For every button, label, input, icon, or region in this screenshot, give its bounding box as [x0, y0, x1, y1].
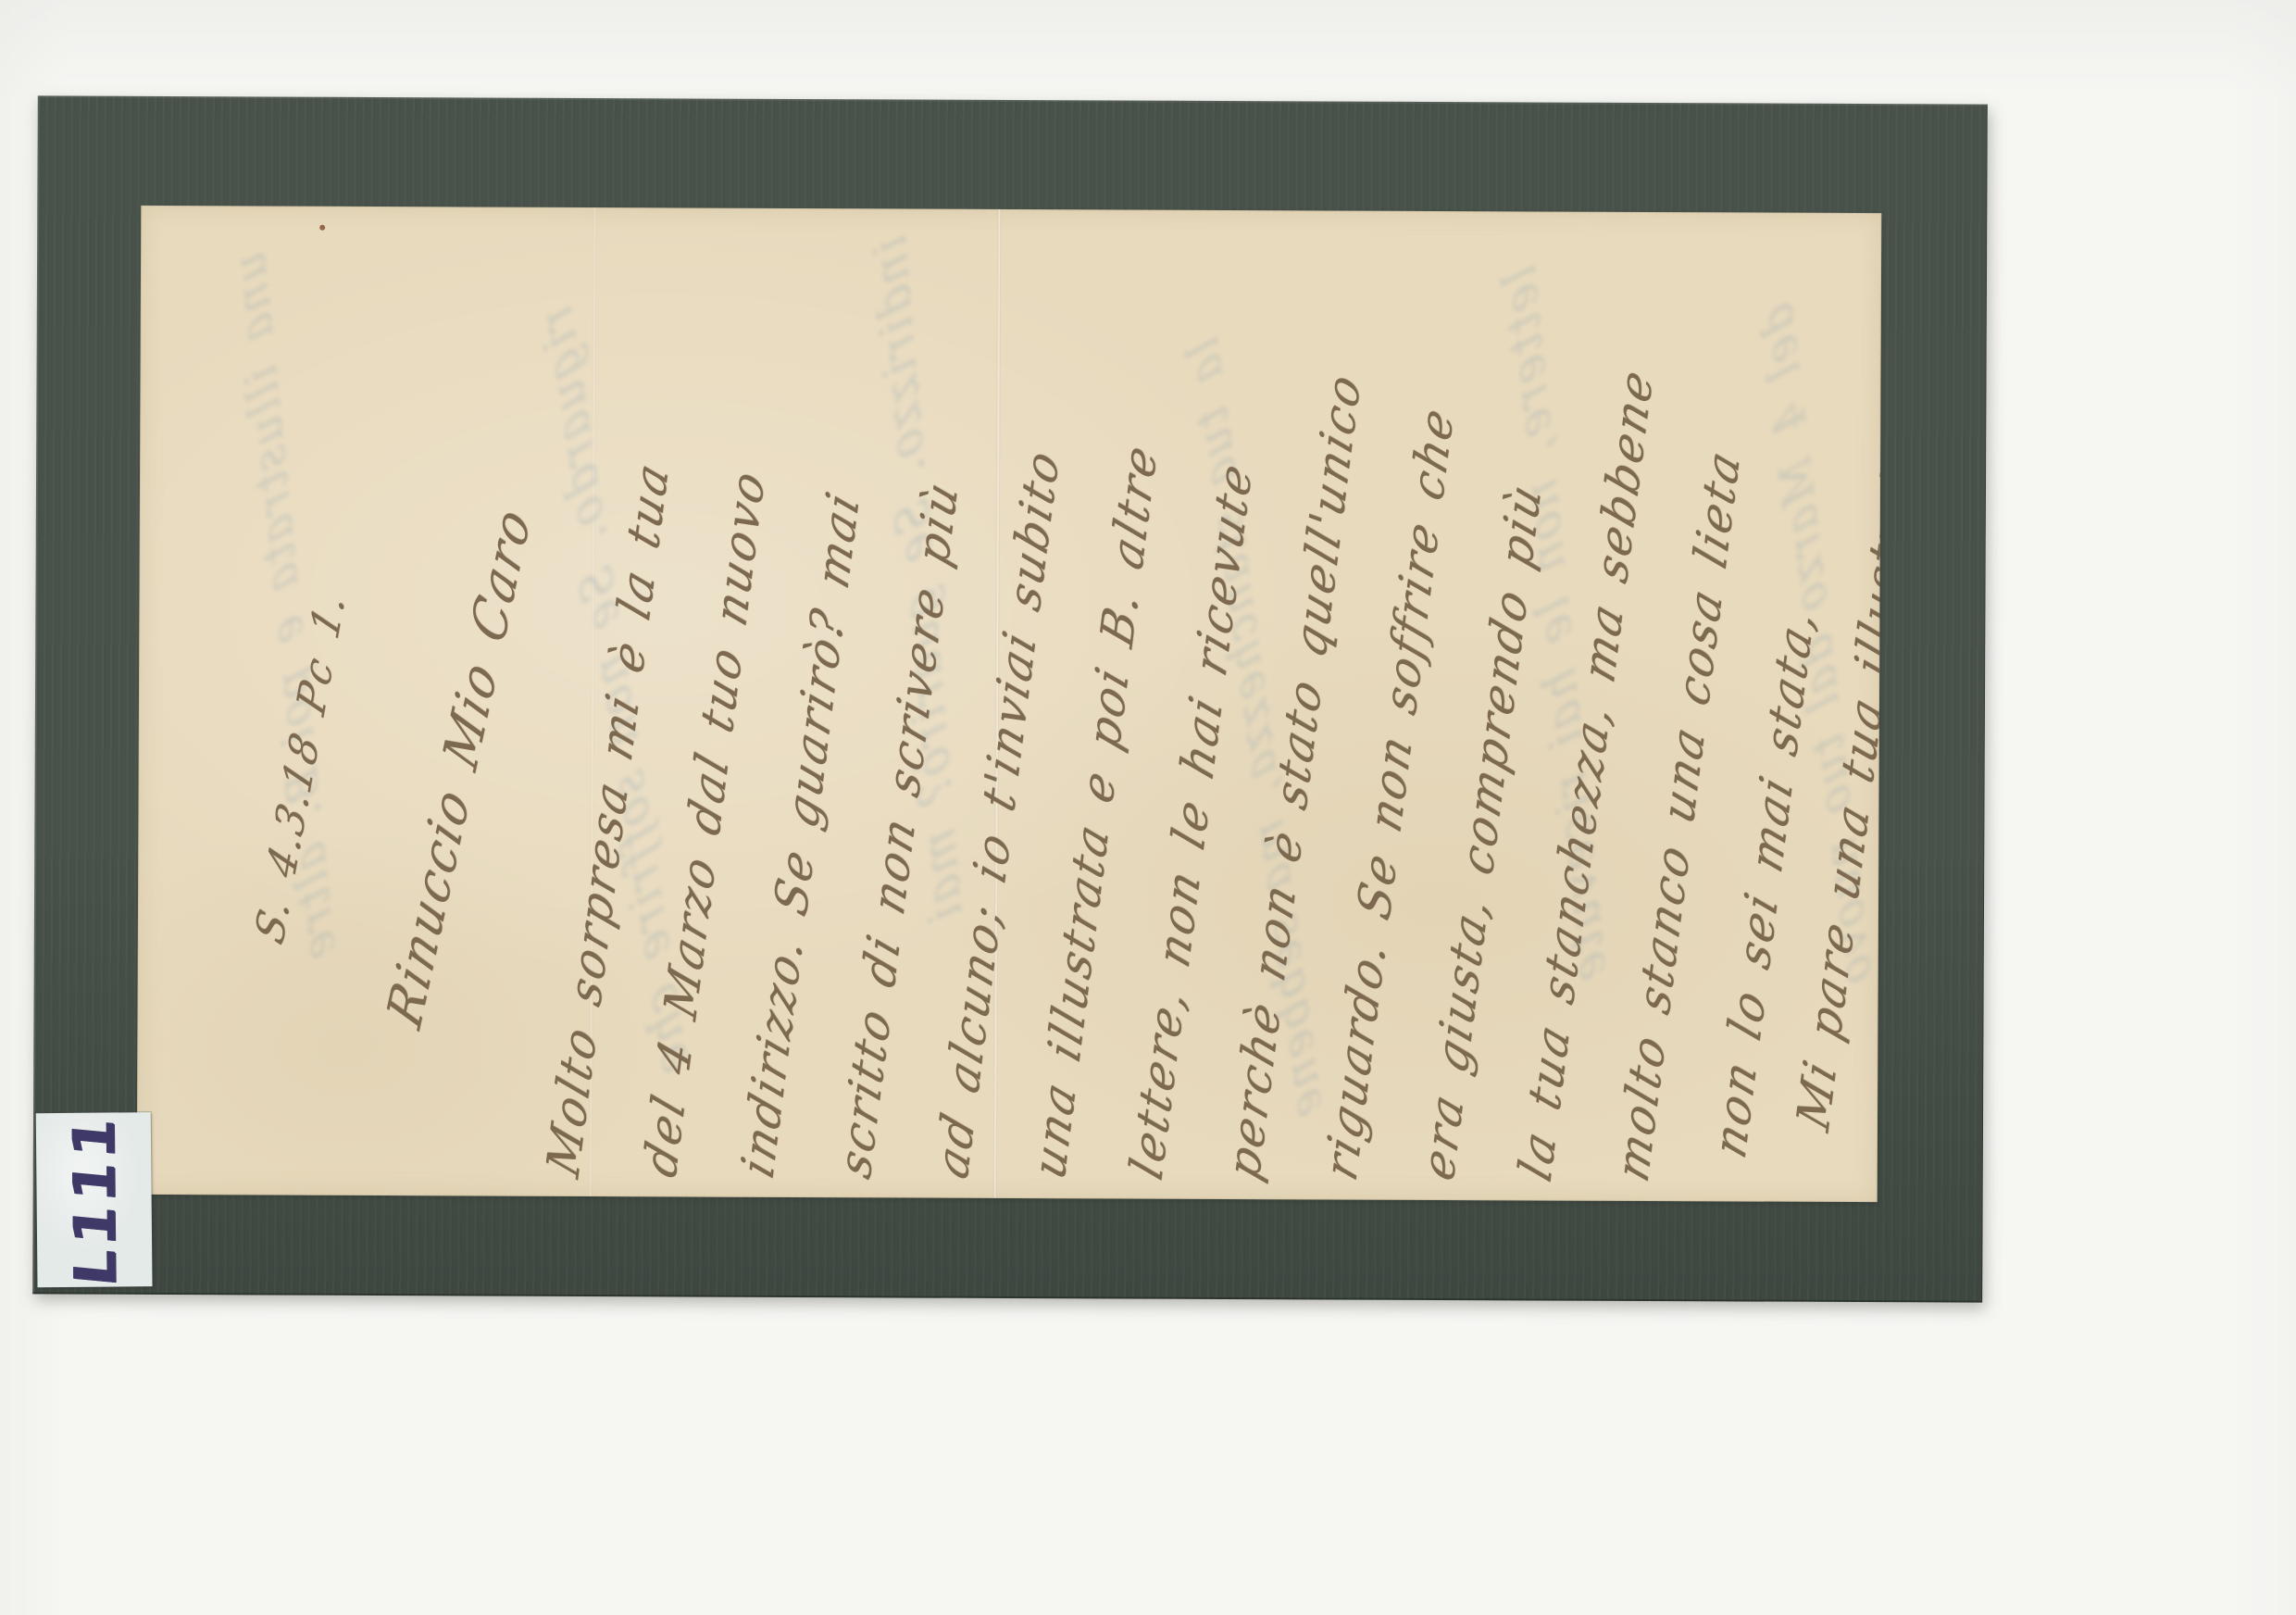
mat-board: una illustrata e poi B. altre riguardo. … [32, 95, 1988, 1302]
scanned-artifact: una illustrata e poi B. altre riguardo. … [0, 0, 2296, 1615]
archival-label: L111 [36, 1112, 153, 1287]
archival-label-text: L111 [59, 1111, 129, 1289]
letter-paper: una illustrata e poi B. altre riguardo. … [137, 206, 1882, 1202]
letter-content-rotated: una illustrata e poi B. altre riguardo. … [137, 206, 1882, 1202]
